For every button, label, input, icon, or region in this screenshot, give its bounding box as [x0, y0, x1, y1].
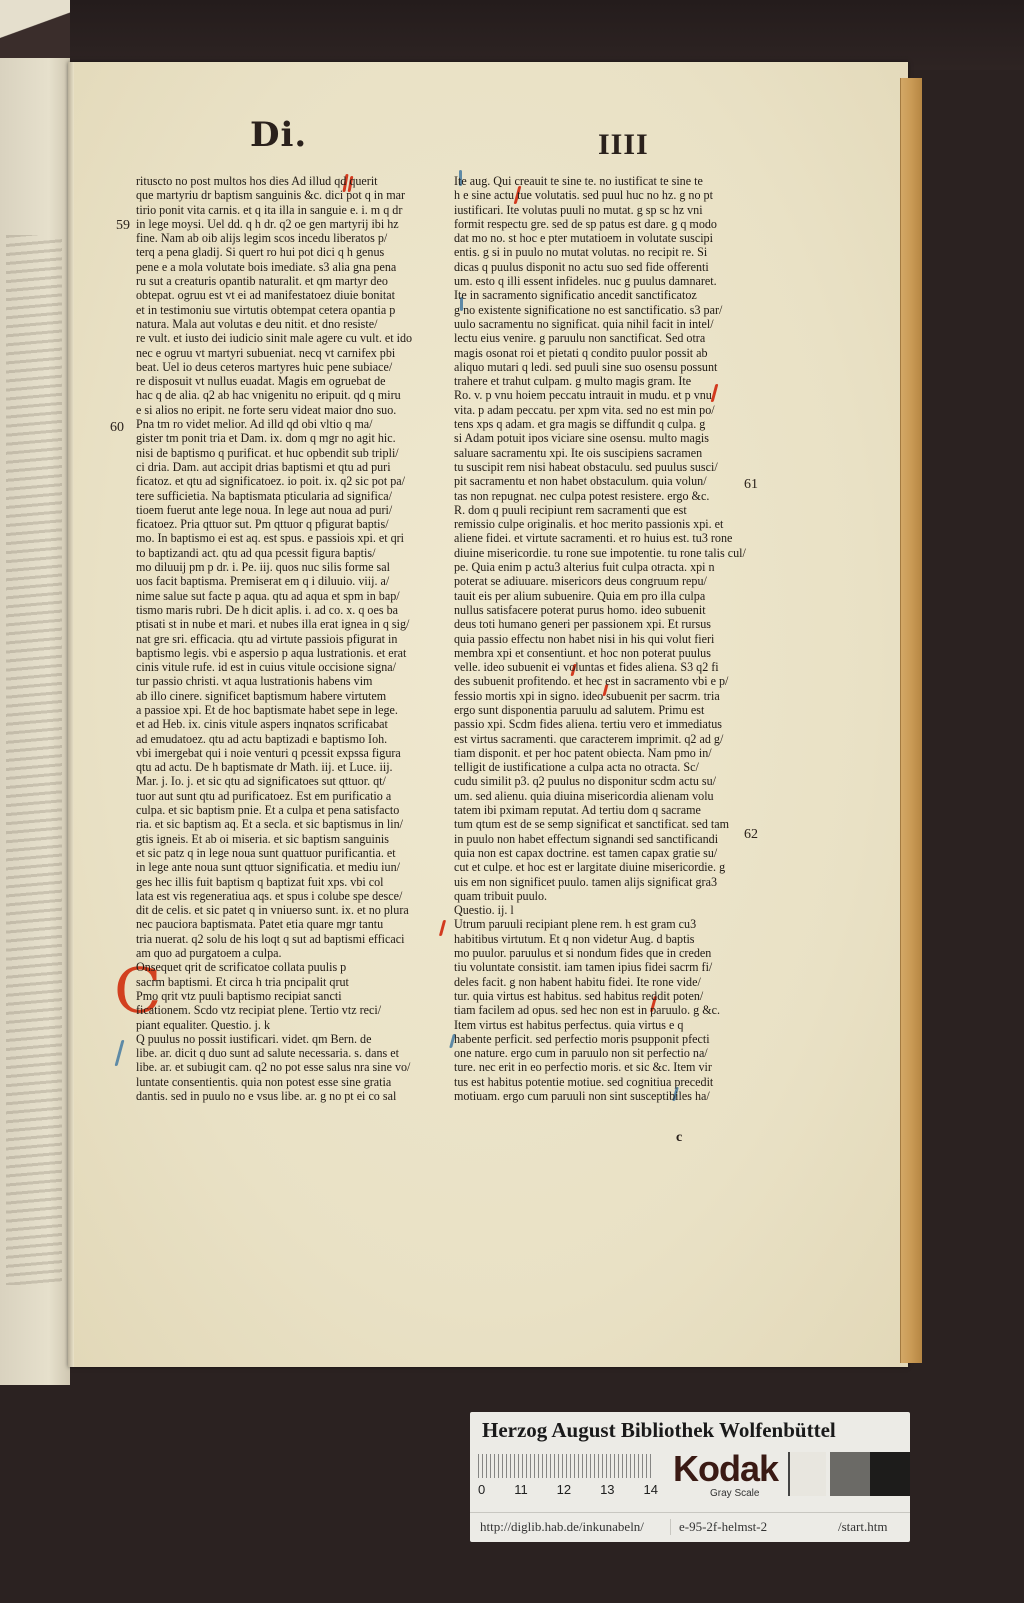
ruler-labels: 0 11 12 13 14	[478, 1482, 658, 1497]
text-line: Ro. v. p vnu hoiem peccatu intrauit in m…	[454, 388, 770, 402]
text-line: cut et culpe. et hoc est er largitate di…	[454, 860, 770, 874]
text-line: libe. ar. dicit q duo sunt ad salute nec…	[136, 1046, 442, 1060]
text-line: in lege ante noua sunt qttuor significat…	[136, 860, 442, 874]
text-line: R. dom q puuli recipiunt rem sacramenti …	[454, 503, 770, 517]
text-line: tismo maris rubri. De h dicit aplis. i. …	[136, 603, 442, 617]
text-line: nime salue sut facte p aqua. qtu ad aqua…	[136, 589, 442, 603]
text-line: gtis igneis. Et ab oi miseria. et sic ba…	[136, 832, 442, 846]
text-line: um. esto q illi essent infideles. nuc g …	[454, 274, 770, 288]
color-target-card: Herzog August Bibliothek Wolfenbüttel 0 …	[470, 1412, 910, 1542]
text-line: Ite in sacramento significatio ancedit s…	[454, 288, 770, 302]
text-line: nec e ogruu vt martyri subueniat. necq v…	[136, 346, 442, 360]
text-line: cudu similit p3. q2 puulus no disponitur…	[454, 774, 770, 788]
text-line: tum qtum est de se semp significat et sa…	[454, 817, 770, 831]
text-line: ad emudatoez. qtu ad actu baptizadi e ba…	[136, 732, 442, 746]
text-line: Pna tm ro videt melior. Ad illd qd obi v…	[136, 417, 442, 431]
running-header-left: Di.	[250, 115, 307, 155]
previous-page-edge	[0, 55, 70, 1385]
text-line: deles facit. g non habent habitu fidei. …	[454, 975, 770, 989]
text-line: quia passio effectu non habet nisi in hi…	[454, 632, 770, 646]
text-line: hac q de alia. q2 ab hac vnigenitu no er…	[136, 388, 442, 402]
text-line: aliquo mutari q ledi. sed puuli sine suo…	[454, 360, 770, 374]
text-line: que martyriu dr baptism sanguinis &c. di…	[136, 188, 442, 202]
text-line: ci dria. Dam. aut accipit drias baptismi…	[136, 460, 442, 474]
text-line: fine. Nam ab oib alijs legim scos incedu…	[136, 231, 442, 245]
text-line: nat gre sri. efficacia. qtu ad virtute p…	[136, 632, 442, 646]
text-line: Mar. j. Io. j. et sic qtu ad significato…	[136, 774, 442, 788]
gray-patch-light	[788, 1452, 826, 1496]
text-line: poterat se adiuuare. misericors deus con…	[454, 574, 770, 588]
text-line: pe. Quia enim p actu3 alterius fuit culp…	[454, 560, 770, 574]
text-line: tioem fuerut ante lege noua. In lege aut…	[136, 503, 442, 517]
institution-name: Herzog August Bibliothek Wolfenbüttel	[482, 1418, 836, 1443]
text-line: tens xps q adam. et gra magis se diffund…	[454, 417, 770, 431]
margin-number: 60	[110, 420, 124, 436]
text-line: aliene fidei. et virtute sacramenti. et …	[454, 531, 770, 545]
text-line: tiu voluntate consistit. iam tamen ipius…	[454, 960, 770, 974]
bleed-through-text	[6, 235, 62, 1285]
text-line: one nature. ergo cum in paruulo non sit …	[454, 1046, 770, 1060]
text-line: uis em non significet puulo. tamen alijs…	[454, 875, 770, 889]
text-line: tur. quia virtus est habitus. sed habitu…	[454, 989, 770, 1003]
text-line: um. sed alienu. quia diuina misericordia…	[454, 789, 770, 803]
text-line: tiam facilem ad opus. sed hec non est in…	[454, 1003, 770, 1017]
text-line: diuine misericordie. tu rone sue impoten…	[454, 546, 770, 560]
fore-edge	[900, 78, 922, 1363]
text-line: et in testimoniu sue virtutis obtempat c…	[136, 303, 442, 317]
source-url: http://diglib.hab.de/inkunabeln/ e-95-2f…	[470, 1512, 910, 1541]
text-line: lectu eius venire. g paruulu non sanctif…	[454, 331, 770, 345]
text-line: mo puulor. paruulus et si nondum fides q…	[454, 946, 770, 960]
folio-number: IIII	[598, 128, 649, 162]
text-line: e si alios no eripit. ne forte seru vide…	[136, 403, 442, 417]
text-line: obtepat. ogruu est vt ei ad manifestatoe…	[136, 288, 442, 302]
text-line: Ite aug. Qui creauit te sine te. no iust…	[454, 174, 770, 188]
gray-scale-label: Gray Scale	[710, 1488, 759, 1499]
text-line: ergo sunt disponentia paruulu ad salutem…	[454, 703, 770, 717]
text-line: ficatoez. Pria qttuor sut. Pm qttuor q p…	[136, 517, 442, 531]
text-line: telligit de iustificatione a culpa acta …	[454, 760, 770, 774]
text-line: g no existente significatione no est san…	[454, 303, 770, 317]
text-line: saluare sacramentu xpi. Ite ois suscipie…	[454, 446, 770, 460]
text-column-right: Ite aug. Qui creauit te sine te. no iust…	[454, 174, 770, 1103]
text-line: habente perficit. sed perfectio moris ps…	[454, 1032, 770, 1046]
text-line: baptismo legis. vbi e aspersio p aqua lu…	[136, 646, 442, 660]
text-line: trahere et trahut culpam. g multo magis …	[454, 374, 770, 388]
text-line: dit de celis. et sic patet q in vniuerso…	[136, 903, 442, 917]
text-line: uos facit baptisma. Premiserat em q i di…	[136, 574, 442, 588]
scan-background	[0, 0, 1024, 70]
gray-patch-mid	[830, 1452, 870, 1496]
text-line: tur passio christi. vt aqua lustrationis…	[136, 674, 442, 688]
text-line: Pmo qrit vtz puuli baptismo recipiat san…	[136, 989, 442, 1003]
text-line: lata est vis regeneratiua aqs. et spus i…	[136, 889, 442, 903]
text-line: ture. nec erit in eo perfectio moris. et…	[454, 1060, 770, 1074]
text-line: mo. In baptismo ei est aq. est spus. e p…	[136, 531, 442, 545]
text-line: natura. Mala aut volutas e deu nitit. et…	[136, 317, 442, 331]
text-line: dantis. sed in puulo no e vsus libe. ar.…	[136, 1089, 442, 1103]
text-line: vbi imergebat qui i noie venturi q pcess…	[136, 746, 442, 760]
text-line: uulo sacramentu no significat. quia nihi…	[454, 317, 770, 331]
text-column-left: rituscto no post multos hos dies Ad illu…	[136, 174, 442, 1103]
text-line: tus est habitus potentie motiue. sed cog…	[454, 1075, 770, 1089]
ruler-label: 12	[557, 1482, 571, 1497]
text-line: magis osonat roi et pietati q condito pu…	[454, 346, 770, 360]
text-line: remissio culpe originalis. et hoc merito…	[454, 517, 770, 531]
text-line: iustificari. Ite volutas puuli no mutat.…	[454, 203, 770, 217]
text-line: Utrum paruuli recipiant plene rem. h est…	[454, 917, 770, 931]
text-line: ptisati st in nube et mari. et nubes ill…	[136, 617, 442, 631]
text-line: qtu ad actu. De h baptismate dr Math. ii…	[136, 760, 442, 774]
text-line: Questio. ij. l	[454, 903, 770, 917]
previous-page-corner	[0, 0, 70, 58]
text-line: membra xpi et consentiunt. et hoc non po…	[454, 646, 770, 660]
ruler-scale	[478, 1454, 654, 1478]
text-line: sacrm baptismi. Et circa h tria pncipali…	[136, 975, 442, 989]
text-line: ru sut a creaturis opantib naturalit. et…	[136, 274, 442, 288]
signature-mark: c	[676, 1130, 682, 1146]
text-line: tiam disponit. et per hoc patent obiecta…	[454, 746, 770, 760]
url-shelfmark: e-95-2f-helmst-2	[670, 1519, 767, 1535]
text-line: in lege moysi. Uel dd. q h dr. q2 oe gen…	[136, 217, 442, 231]
text-line: entis. g si in puulo no mutat volutas. n…	[454, 245, 770, 259]
text-line: re vult. et iusto dei iudicio sinit male…	[136, 331, 442, 345]
text-line: tatem ibi pximam reputat. Ad tertiu dom …	[454, 803, 770, 817]
text-line: tria nuerat. q2 solu de his loqt q sut a…	[136, 932, 442, 946]
text-line: h e sine actu tue volutatis. sed puul hu…	[454, 188, 770, 202]
text-line: pene e a mola volutate bois imediate. s3…	[136, 260, 442, 274]
ruler-label: 14	[643, 1482, 657, 1497]
text-line: dat mo no. st hoc e pter mutatioem in vo…	[454, 231, 770, 245]
gray-patch-dark	[870, 1452, 910, 1496]
text-line: re disposuit vt nullus euadat. Magis em …	[136, 374, 442, 388]
text-line: nullus satisfacere poterat purus homo. i…	[454, 603, 770, 617]
text-line: et sic patz q in lege noua sunt quattuor…	[136, 846, 442, 860]
kodak-logo: Kodak	[673, 1448, 778, 1490]
text-line: Q puulus no possit iustificari. videt. q…	[136, 1032, 442, 1046]
text-line: rituscto no post multos hos dies Ad illu…	[136, 174, 442, 188]
text-line: Item virtus est habitus perfectus. quia …	[454, 1018, 770, 1032]
ruler-label: 11	[514, 1482, 528, 1497]
url-page: /start.htm	[838, 1519, 887, 1535]
text-line: Onsequet qrit de scrificatoe collata puu…	[136, 960, 442, 974]
text-line: nec pauciora baptismata. Patet etia quar…	[136, 917, 442, 931]
text-line: est virtus sacramenti. que caracterem im…	[454, 732, 770, 746]
text-line: ficatoz. et qtu ad significatoez. io poi…	[136, 474, 442, 488]
text-line: in puulo non habet effectum signandi sed…	[454, 832, 770, 846]
text-line: quam tribuit puulo.	[454, 889, 770, 903]
text-line: velle. ideo subuenit ei voluntas et fide…	[454, 660, 770, 674]
text-line: des subuenit profitendo. et hec est in s…	[454, 674, 770, 688]
text-line: tu suscipit rem nisi habeat obstaculu. s…	[454, 460, 770, 474]
text-line: tuor aut sunt qtu ad purificatoez. Est e…	[136, 789, 442, 803]
text-line: luntate consentientis. quia non potest e…	[136, 1075, 442, 1089]
text-line: formit respectu gre. sed de sp patus est…	[454, 217, 770, 231]
text-line: passio xpi. Scdm fides aliena. tertiu ve…	[454, 717, 770, 731]
text-line: et ad Heb. ix. cinis vitule aspers inqna…	[136, 717, 442, 731]
text-line: to baptizandi act. qtu ad qua pcessit fi…	[136, 546, 442, 560]
text-line: motiuam. ergo cum paruuli non sint susce…	[454, 1089, 770, 1103]
text-line: terq a pena gladij. Si quert ro hui pot …	[136, 245, 442, 259]
page-gutter	[68, 62, 74, 1367]
text-line: si Adam potuit ipos viciare sine osensu.…	[454, 431, 770, 445]
margin-number: 59	[116, 218, 130, 234]
text-line: tirio ponit vita carnis. et q ita illa i…	[136, 203, 442, 217]
text-line: cinis vitule rufe. id est in cuius vitul…	[136, 660, 442, 674]
text-line: piant equaliter. Questio. j. k	[136, 1018, 442, 1032]
text-line: mo diluuij pm p dr. i. Pe. iij. quos nuc…	[136, 560, 442, 574]
text-line: gister tm ponit tria et Dam. ix. dom q m…	[136, 431, 442, 445]
text-line: libe. ar. et subiugit cam. q2 no pot ess…	[136, 1060, 442, 1074]
text-line: ab illo cinere. significet baptismum hab…	[136, 689, 442, 703]
text-line: am quo ad purgatoem a culpa.	[136, 946, 442, 960]
text-line: dicas q puulus disponit no actu suo sed …	[454, 260, 770, 274]
text-line: deus toti humano generi per passionem xp…	[454, 617, 770, 631]
ruler-label: 0	[478, 1482, 485, 1497]
text-line: a passioe xpi. Et de hoc baptismate habe…	[136, 703, 442, 717]
text-line: quia non est capax doctrine. est tamen c…	[454, 846, 770, 860]
text-line: nisi de baptismo q purificat. et huc opb…	[136, 446, 442, 460]
text-line: ria. et sic baptism aq. Et a secla. et s…	[136, 817, 442, 831]
text-line: tauit eis per alium subuenire. Quia em p…	[454, 589, 770, 603]
text-line: habitibus virtutum. Et q non videtur Aug…	[454, 932, 770, 946]
text-line: fessio mortis xpi in signo. ideo subueni…	[454, 689, 770, 703]
text-line: ges hec illis fuit baptism q baptizat fu…	[136, 875, 442, 889]
text-line: beat. Uel io deus ceteros martyres huic …	[136, 360, 442, 374]
text-line: pit sacramentu et non habet obstaculum. …	[454, 474, 770, 488]
url-base: http://diglib.hab.de/inkunabeln/	[480, 1519, 644, 1535]
text-line: culpa. et sic baptism pnie. Et a culpa e…	[136, 803, 442, 817]
ruler-label: 13	[600, 1482, 614, 1497]
text-line: vita. p adam peccatu. per xpm vita. sed …	[454, 403, 770, 417]
text-line: tas non repugnat. nec culpa potest resis…	[454, 489, 770, 503]
text-line: ficationem. Scdo vtz recipiat plene. Ter…	[136, 1003, 442, 1017]
text-line: tere sufficietia. Na baptismata pticular…	[136, 489, 442, 503]
